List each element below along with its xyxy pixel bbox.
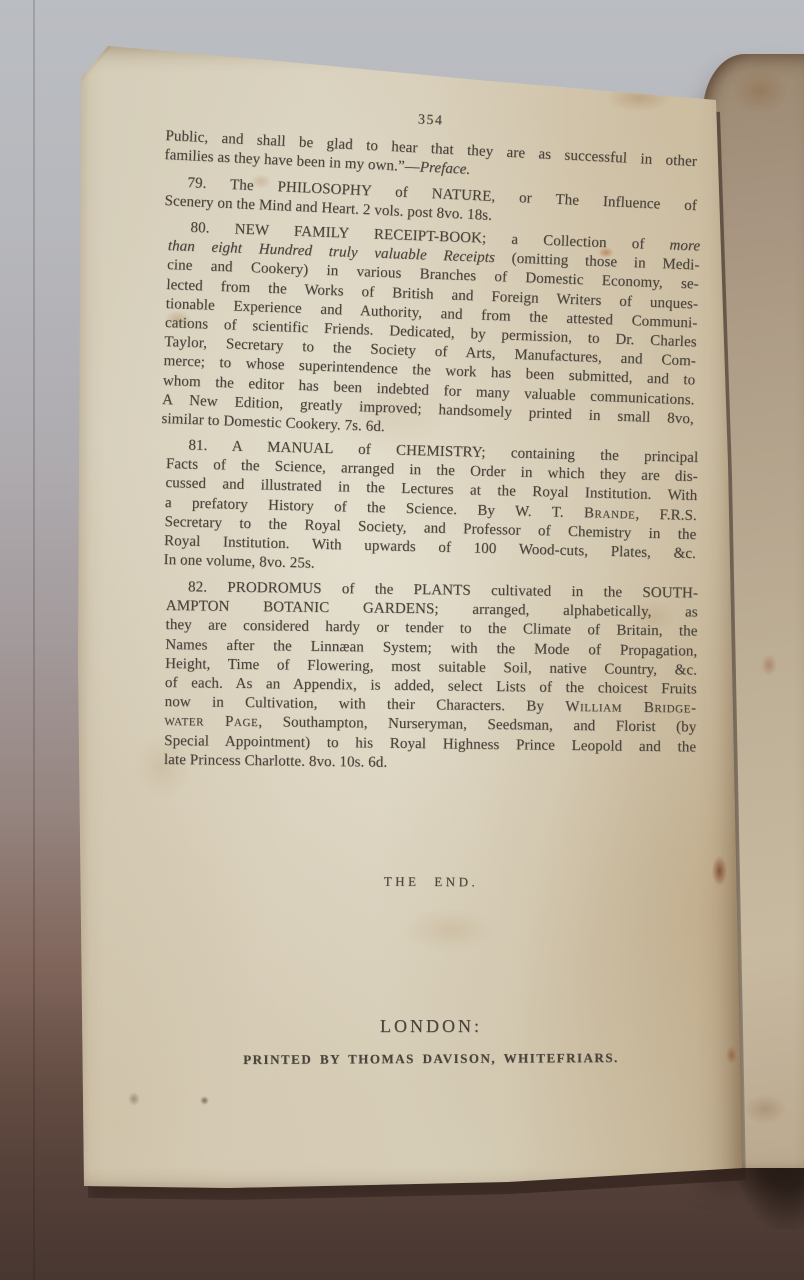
text-segment: late Princess Charlotte. 8vo. 10s. 6d. — [164, 751, 388, 770]
catalog: Public, and shall be glad to hear that t… — [165, 127, 697, 770]
catalog-item-82: 82. PRODROMUS of the PLANTS cultivated i… — [164, 578, 698, 777]
imprint-printer: PRINTED BY THOMAS DAVISON, WHITEFRIARS. — [165, 1048, 697, 1070]
the-end-label: THE END. — [165, 870, 697, 893]
rust-stain — [712, 856, 727, 886]
catalog-item-80: 80. NEW FAMILY RECEIPT-BOOK; a Collectio… — [161, 218, 700, 449]
catalog-item-81: 81. A MANUAL of CHEMISTRY; containing th… — [163, 436, 698, 583]
foxing-stain — [128, 1092, 140, 1106]
imprint-city: LONDON: — [165, 1017, 697, 1036]
text-segment: , Southampton, Nurseryman, Seedsman, and… — [258, 714, 696, 735]
text-segment: now in Cultivation, with their Character… — [165, 694, 566, 715]
small-caps-text: William Bridge- — [565, 699, 697, 717]
backdrop-edge-line — [33, 0, 35, 1280]
ink-speck — [200, 1096, 209, 1105]
foxing-stain — [761, 654, 777, 676]
text-segment: In one volume, 8vo. 25s. — [163, 552, 314, 572]
italic-text: more — [669, 237, 700, 254]
italic-text: Preface. — [419, 160, 470, 178]
rust-stain — [726, 1046, 737, 1064]
foxing-stain — [731, 68, 789, 114]
book-page: 354 Public, and shall be glad to hear th… — [78, 44, 742, 1192]
book-photograph: 354 Public, and shall be glad to hear th… — [0, 0, 804, 1280]
small-caps-text: Brande — [584, 505, 636, 522]
text-segment: , F.R.S. — [635, 506, 697, 523]
small-caps-text: water Page — [164, 713, 258, 730]
printed-text-block: 354 Public, and shall be glad to hear th… — [165, 98, 697, 1068]
foxing-stain — [743, 1094, 787, 1124]
